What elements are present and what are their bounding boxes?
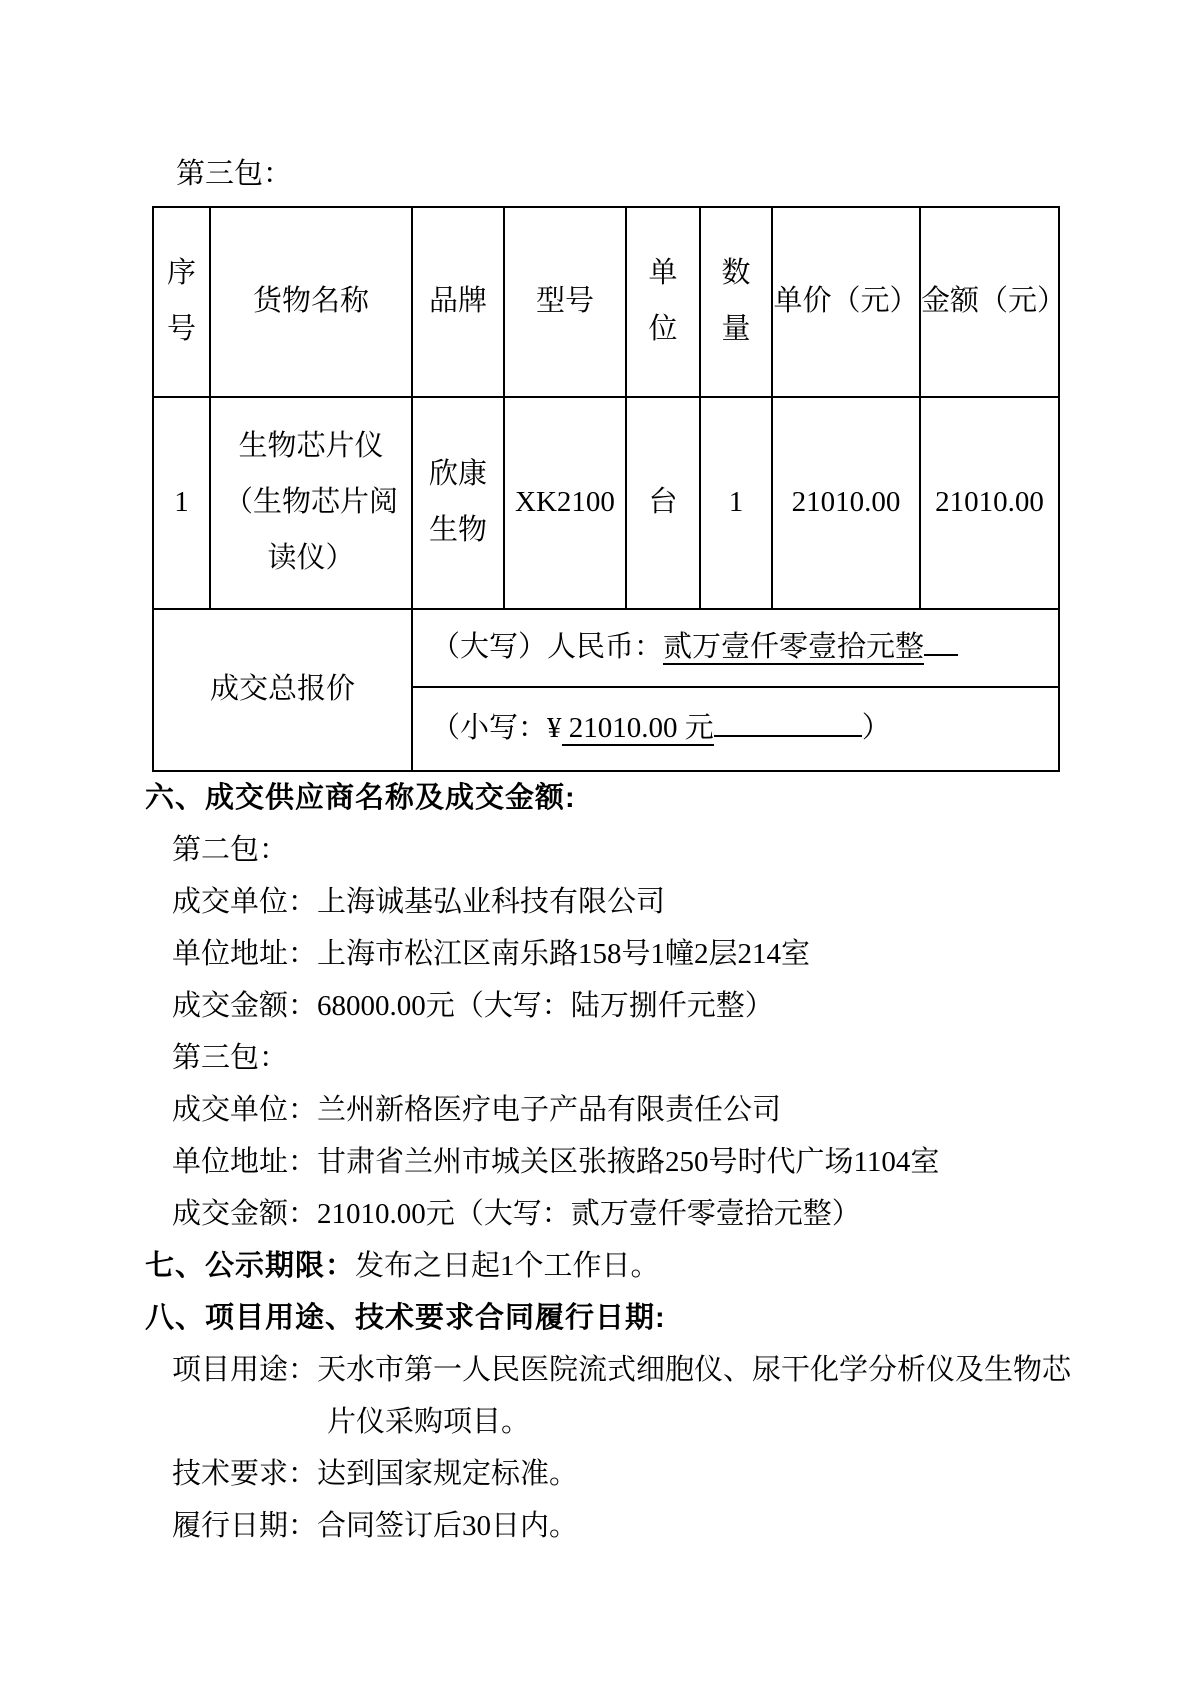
table-data-row: 1 生物芯片仪 （生物芯片阅 读仪） 欣康 生物 XK2100 台 1 2101… xyxy=(153,397,1059,609)
col-header-unit: 单 位 xyxy=(626,207,700,397)
project-use-label: 项目用途： xyxy=(172,1354,317,1386)
col-header-amount: 金额（元） xyxy=(920,207,1059,397)
document-page: 第三包： 序 号 货物名称 品牌 型号 单 位 数 量 单价（元） 金额（元） … xyxy=(0,0,1191,1684)
cell-model: XK2100 xyxy=(504,397,626,609)
cell-brand: 欣康 生物 xyxy=(412,397,504,609)
total-lowercase-suffix: ） xyxy=(862,712,891,744)
col-header-brand: 品牌 xyxy=(412,207,504,397)
pkg2-amount-line: 成交金额：68000.00元（大写：陆万捌仟元整） xyxy=(172,980,1191,1032)
cell-unit-price: 21010.00 xyxy=(772,397,920,609)
cell-quantity: 1 xyxy=(700,397,772,609)
cell-amount: 21010.00 xyxy=(920,397,1059,609)
col-header-index: 序 号 xyxy=(153,207,210,397)
tech-requirement-line: 技术要求：达到国家规定标准。 xyxy=(172,1448,1191,1500)
pkg2-heading: 第二包： xyxy=(172,824,1191,876)
col-header-quantity: 数 量 xyxy=(700,207,772,397)
total-lowercase-prefix: （小写：¥ xyxy=(431,712,562,744)
pkg3-address-line: 单位地址：甘肃省兰州市城关区张掖路250号时代广场1104室 xyxy=(172,1136,1191,1188)
total-uppercase-value: 贰万壹仟零壹拾元整 xyxy=(663,631,924,665)
col-header-model: 型号 xyxy=(504,207,626,397)
section-7-label: 七、公示期限： xyxy=(145,1250,355,1282)
section-7-text: 发布之日起1个工作日。 xyxy=(355,1250,660,1282)
pkg3-vendor-line: 成交单位：兰州新格医疗电子产品有限责任公司 xyxy=(172,1084,1191,1136)
project-use-text: 天水市第一人民医院流式细胞仪、尿干化学分析仪及生物芯片仪采购项目。 xyxy=(317,1354,1071,1438)
pkg2-address-line: 单位地址：上海市松江区南乐路158号1幢2层214室 xyxy=(172,928,1191,980)
goods-table: 序 号 货物名称 品牌 型号 单 位 数 量 单价（元） 金额（元） 1 生物芯… xyxy=(152,206,1060,772)
performance-date-line: 履行日期：合同签订后30日内。 xyxy=(172,1500,1191,1552)
package-heading: 第三包： xyxy=(176,148,1191,200)
total-uppercase-row: 成交总报价 （大写）人民币：贰万壹仟零壹拾元整 xyxy=(153,609,1059,687)
pkg3-amount-line: 成交金额：21010.00元（大写：贰万壹仟零壹拾元整） xyxy=(172,1188,1191,1240)
total-lowercase-value: 21010.00 元 xyxy=(562,712,714,746)
cell-index: 1 xyxy=(153,397,210,609)
total-uppercase-cell: （大写）人民币：贰万壹仟零壹拾元整 xyxy=(412,609,1059,687)
pkg2-vendor-line: 成交单位：上海诚基弘业科技有限公司 xyxy=(172,876,1191,928)
col-header-goods-name: 货物名称 xyxy=(210,207,412,397)
cell-goods-name: 生物芯片仪 （生物芯片阅 读仪） xyxy=(210,397,412,609)
total-uppercase-prefix: （大写）人民币： xyxy=(431,631,663,663)
body-text-block: 六、成交供应商名称及成交金额: 第二包： 成交单位：上海诚基弘业科技有限公司 单… xyxy=(0,772,1191,1552)
blank-underline xyxy=(924,622,958,656)
pkg3-heading: 第三包： xyxy=(172,1032,1191,1084)
col-header-unit-price: 单价（元） xyxy=(772,207,920,397)
section-8-heading: 八、项目用途、技术要求合同履行日期: xyxy=(145,1292,1191,1344)
section-6-heading: 六、成交供应商名称及成交金额: xyxy=(145,772,1191,824)
total-label-cell: 成交总报价 xyxy=(153,609,412,771)
section-7-line: 七、公示期限：发布之日起1个工作日。 xyxy=(145,1240,1191,1292)
project-use-line: 项目用途：天水市第一人民医院流式细胞仪、尿干化学分析仪及生物芯片仪采购项目。 xyxy=(172,1344,1077,1448)
total-lowercase-cell: （小写：¥ 21010.00 元） xyxy=(412,687,1059,771)
blank-underline xyxy=(714,703,862,737)
table-header-row: 序 号 货物名称 品牌 型号 单 位 数 量 单价（元） 金额（元） xyxy=(153,207,1059,397)
cell-unit: 台 xyxy=(626,397,700,609)
